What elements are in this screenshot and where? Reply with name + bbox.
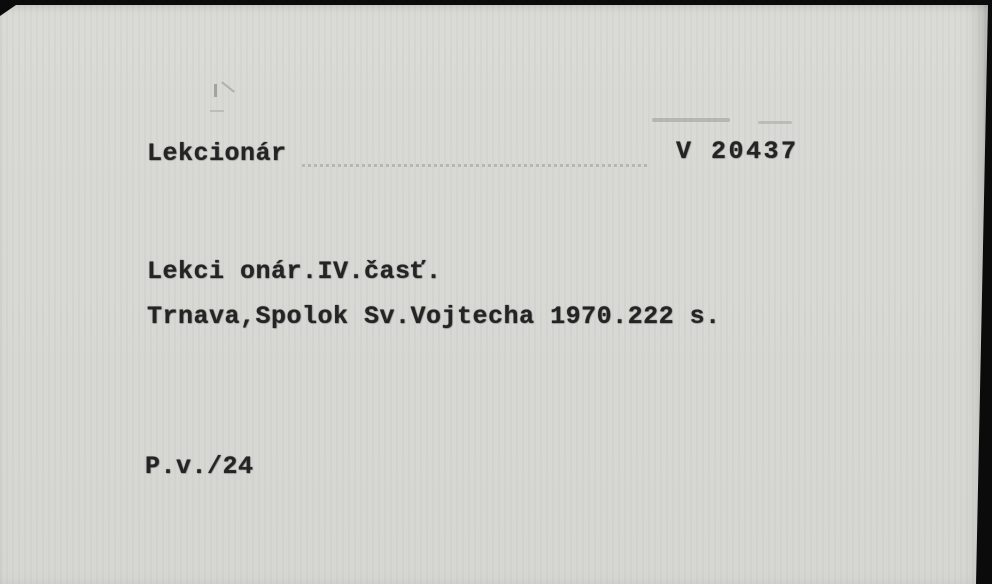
shelf-mark: P.v./24 [145, 453, 254, 481]
faint-dotted-trail [302, 150, 647, 167]
entry-title-line: Lekci onár.IV.časť. [147, 258, 442, 286]
pencil-mark [214, 84, 217, 97]
card-title: Lekcionár [147, 140, 287, 168]
catalog-card-scan: Lekcionár V 20437 Lekci onár.IV.časť. Tr… [0, 0, 992, 584]
smudge-mark [758, 121, 792, 124]
pencil-mark [210, 110, 224, 112]
entry-imprint-line: Trnava,Spolok Sv.Vojtecha 1970.222 s. [147, 303, 721, 331]
smudge-mark [652, 118, 730, 122]
call-number: V 20437 [676, 138, 799, 166]
catalog-card-paper: Lekcionár V 20437 Lekci onár.IV.časť. Tr… [0, 0, 992, 584]
pencil-mark [221, 81, 235, 92]
